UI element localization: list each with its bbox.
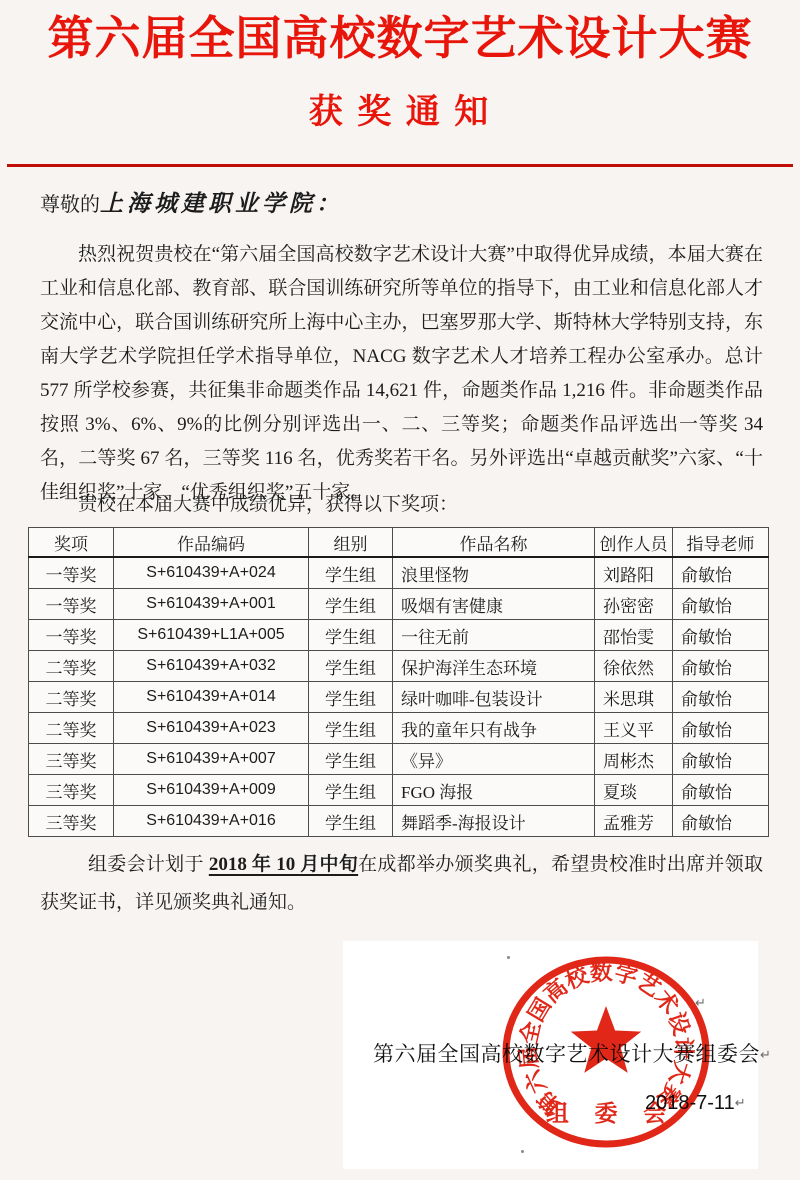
work-cell: 《异》 bbox=[393, 744, 595, 775]
award-cell: 三等奖 bbox=[29, 806, 114, 837]
code-cell: S+610439+A+024 bbox=[114, 557, 309, 589]
creator-cell: 周彬杰 bbox=[595, 744, 673, 775]
teacher-cell: 俞敏怡 bbox=[673, 744, 769, 775]
ceremony-date-highlight: 2018 年 10 月中旬 bbox=[209, 854, 358, 875]
work-cell: 一往无前 bbox=[393, 620, 595, 651]
col-header-creator: 创作人员 bbox=[595, 528, 673, 558]
work-cell: FGO 海报 bbox=[393, 775, 595, 806]
group-cell: 学生组 bbox=[309, 557, 393, 589]
body-paragraph-1: 热烈祝贺贵校在“第六届全国高校数字艺术设计大赛”中取得优异成绩，本届大赛在工业和… bbox=[40, 238, 763, 510]
code-cell: S+610439+A+001 bbox=[114, 589, 309, 620]
award-cell: 一等奖 bbox=[29, 589, 114, 620]
work-cell: 吸烟有害健康 bbox=[393, 589, 595, 620]
award-cell: 二等奖 bbox=[29, 651, 114, 682]
code-cell: S+610439+A+007 bbox=[114, 744, 309, 775]
table-row: 一等奖 S+610439+A+001 学生组 吸烟有害健康 孙密密 俞敏怡 bbox=[29, 589, 769, 620]
award-cell: 二等奖 bbox=[29, 682, 114, 713]
creator-cell: 刘路阳 bbox=[595, 557, 673, 589]
table-row: 三等奖 S+610439+A+009 学生组 FGO 海报 夏琰 俞敏怡 bbox=[29, 775, 769, 806]
page-title: 第六届全国高校数字艺术设计大赛 bbox=[0, 12, 800, 66]
group-cell: 学生组 bbox=[309, 806, 393, 837]
creator-cell: 孙密密 bbox=[595, 589, 673, 620]
table-row: 二等奖 S+610439+A+014 学生组 绿叶咖啡-包装设计 米思琪 俞敏怡 bbox=[29, 682, 769, 713]
seal-image-box: ↵ 第六届全国高校数字艺术设计大赛组委会↵ 2018-7-11↵ 第六届全国高校… bbox=[343, 941, 758, 1169]
table-row: 二等奖 S+610439+A+032 学生组 保护海洋生态环境 徐依然 俞敏怡 bbox=[29, 651, 769, 682]
teacher-cell: 俞敏怡 bbox=[673, 557, 769, 589]
body-paragraph-2: 贵校在本届大赛中成绩优异，获得以下奖项： bbox=[40, 488, 763, 522]
table-row: 一等奖 S+610439+A+024 学生组 浪里怪物 刘路阳 俞敏怡 bbox=[29, 557, 769, 589]
group-cell: 学生组 bbox=[309, 589, 393, 620]
group-cell: 学生组 bbox=[309, 682, 393, 713]
col-header-group: 组别 bbox=[309, 528, 393, 558]
group-cell: 学生组 bbox=[309, 775, 393, 806]
work-cell: 舞蹈季-海报设计 bbox=[393, 806, 595, 837]
seal-star-icon bbox=[571, 1006, 641, 1073]
salutation-prefix: 尊敬的 bbox=[40, 194, 100, 216]
award-cell: 三等奖 bbox=[29, 744, 114, 775]
group-cell: 学生组 bbox=[309, 713, 393, 744]
salutation-colon: ： bbox=[316, 191, 343, 216]
teacher-cell: 俞敏怡 bbox=[673, 682, 769, 713]
code-cell: S+610439+A+032 bbox=[114, 651, 309, 682]
awards-table: 奖项 作品编码 组别 作品名称 创作人员 指导老师 一等奖 S+610439+A… bbox=[28, 527, 769, 837]
table-header-row: 奖项 作品编码 组别 作品名称 创作人员 指导老师 bbox=[29, 528, 769, 558]
code-cell: S+610439+A+023 bbox=[114, 713, 309, 744]
work-cell: 浪里怪物 bbox=[393, 557, 595, 589]
code-cell: S+610439+L1A+005 bbox=[114, 620, 309, 651]
code-cell: S+610439+A+016 bbox=[114, 806, 309, 837]
creator-cell: 徐依然 bbox=[595, 651, 673, 682]
creator-cell: 孟雅芳 bbox=[595, 806, 673, 837]
header-divider bbox=[7, 164, 793, 167]
teacher-cell: 俞敏怡 bbox=[673, 651, 769, 682]
seal-bottom-text: 组 委 会 bbox=[546, 1100, 677, 1126]
award-cell: 一等奖 bbox=[29, 557, 114, 589]
creator-cell: 邵怡雯 bbox=[595, 620, 673, 651]
paragraph-mark-icon: ↵ bbox=[760, 1048, 771, 1063]
table-row: 二等奖 S+610439+A+023 学生组 我的童年只有战争 王义平 俞敏怡 bbox=[29, 713, 769, 744]
work-cell: 绿叶咖啡-包装设计 bbox=[393, 682, 595, 713]
creator-cell: 夏琰 bbox=[595, 775, 673, 806]
table-row: 三等奖 S+610439+A+007 学生组 《异》 周彬杰 俞敏怡 bbox=[29, 744, 769, 775]
work-cell: 我的童年只有战争 bbox=[393, 713, 595, 744]
table-row: 三等奖 S+610439+A+016 学生组 舞蹈季-海报设计 孟雅芳 俞敏怡 bbox=[29, 806, 769, 837]
award-cell: 二等奖 bbox=[29, 713, 114, 744]
group-cell: 学生组 bbox=[309, 651, 393, 682]
award-cell: 三等奖 bbox=[29, 775, 114, 806]
creator-cell: 米思琪 bbox=[595, 682, 673, 713]
teacher-cell: 俞敏怡 bbox=[673, 806, 769, 837]
group-cell: 学生组 bbox=[309, 744, 393, 775]
teacher-cell: 俞敏怡 bbox=[673, 713, 769, 744]
col-header-award: 奖项 bbox=[29, 528, 114, 558]
creator-cell: 王义平 bbox=[595, 713, 673, 744]
group-cell: 学生组 bbox=[309, 620, 393, 651]
teacher-cell: 俞敏怡 bbox=[673, 620, 769, 651]
award-cell: 一等奖 bbox=[29, 620, 114, 651]
official-seal: 第六届全国高校数字艺术设计大赛 组 委 会 bbox=[499, 953, 713, 1151]
code-cell: S+610439+A+009 bbox=[114, 775, 309, 806]
teacher-cell: 俞敏怡 bbox=[673, 775, 769, 806]
closing-paragraph: 组委会计划于 2018 年 10 月中旬在成都举办颁奖典礼，希望贵校准时出席并领… bbox=[40, 846, 763, 922]
school-name: 上海城建职业学院 bbox=[100, 191, 316, 216]
table-row: 一等奖 S+610439+L1A+005 学生组 一往无前 邵怡雯 俞敏怡 bbox=[29, 620, 769, 651]
col-header-code: 作品编码 bbox=[114, 528, 309, 558]
award-notice-document: 第六届全国高校数字艺术设计大赛 获 奖 通 知 尊敬的上海城建职业学院： 热烈祝… bbox=[0, 0, 800, 1180]
teacher-cell: 俞敏怡 bbox=[673, 589, 769, 620]
code-cell: S+610439+A+014 bbox=[114, 682, 309, 713]
page-subtitle: 获 奖 通 知 bbox=[0, 90, 800, 136]
col-header-teacher: 指导老师 bbox=[673, 528, 769, 558]
work-cell: 保护海洋生态环境 bbox=[393, 651, 595, 682]
paragraph-mark-icon: ↵ bbox=[735, 1096, 746, 1111]
salutation: 尊敬的上海城建职业学院： bbox=[40, 189, 343, 220]
col-header-work: 作品名称 bbox=[393, 528, 595, 558]
closing-text-before: 组委会计划于 bbox=[88, 854, 209, 875]
